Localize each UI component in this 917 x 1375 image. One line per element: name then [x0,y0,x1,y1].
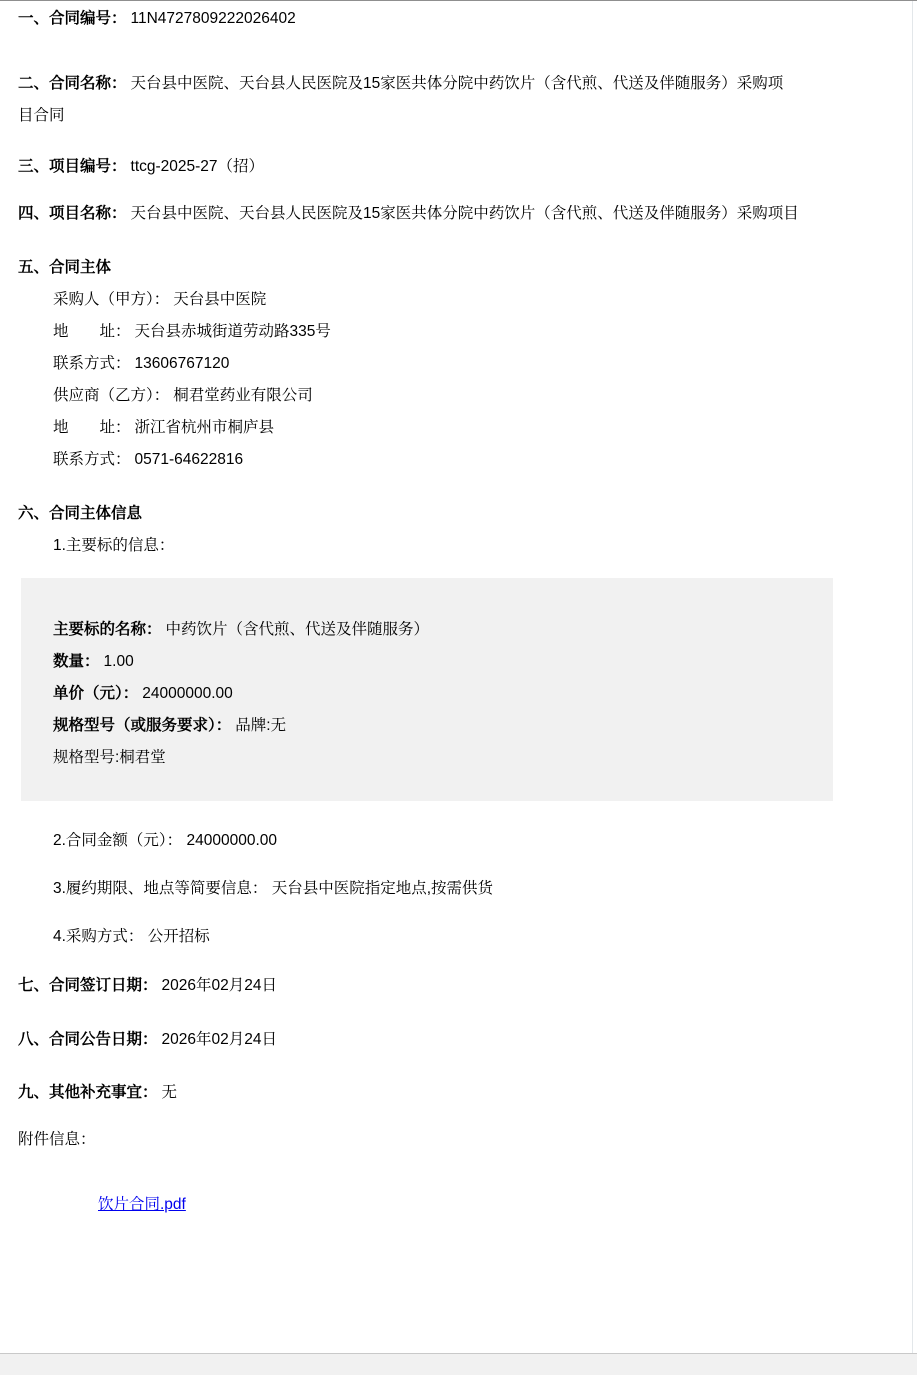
field-other-notes: 九、其他补充事宜：无 [18,1077,872,1109]
box-row-spec: 规格型号（或服务要求）：品牌:无 [53,710,813,742]
party-line-buyer-address: 地 址：天台县赤城街道劳动路335号 [18,316,872,348]
buyer-value: 天台县中医院 [173,291,266,308]
supplier-label: 供应商（乙方）： [53,387,169,404]
section-heading-parties: 五、合同主体 [18,252,872,284]
box-row-subject-name: 主要标的名称：中药饮片（含代煎、代送及伴随服务） [53,614,813,646]
document-body: 一、合同编号：11N4727809222026402 二、合同名称：天台县中医院… [0,1,912,1221]
unit-price-value: 24000000.00 [142,685,233,702]
publish-date-value: 2026年02月24日 [162,1031,277,1048]
buyer-contact-label: 联系方式： [53,355,131,372]
supplier-address-value: 浙江省杭州市桐庐县 [135,419,275,436]
item-contract-amount: 2.合同金额（元）： 24000000.00 [18,825,872,857]
field-sign-date: 七、合同签订日期：2026年02月24日 [18,970,872,1002]
other-notes-value: 无 [162,1084,178,1101]
box-row-spec-model: 规格型号:桐君堂 [53,742,813,774]
sign-date-label: 七、合同签订日期： [18,977,158,994]
contract-number-label: 一、合同编号： [18,10,127,27]
supplier-address-label: 地 址： [53,419,131,436]
unit-price-label: 单价（元）： [53,685,138,702]
item-performance-info: 3.履约期限、地点等简要信息： 天台县中医院指定地点,按需供货 [18,873,872,905]
box-row-unit-price: 单价（元）：24000000.00 [53,678,813,710]
project-number-label: 三、项目编号： [18,158,127,175]
item-procurement-method: 4.采购方式： 公开招标 [18,921,872,953]
spec-label: 规格型号（或服务要求）： [53,717,231,734]
contract-name-value: 天台县中医院、天台县人民医院及15家医共体分院中药饮片（含代煎、代送及伴随服务）… [18,75,783,124]
field-project-name: 四、项目名称：天台县中医院、天台县人民医院及15家医共体分院中药饮片（含代煎、代… [18,198,872,230]
buyer-contact-value: 13606767120 [135,355,230,372]
contract-number-value: 11N4727809222026402 [131,10,296,27]
section-heading-subject-info: 六、合同主体信息 [18,498,872,530]
buyer-address-label: 地 址： [53,323,131,340]
project-name-value: 天台县中医院、天台县人民医院及15家医共体分院中药饮片（含代煎、代送及伴随服务）… [131,205,799,222]
subject-name-value: 中药饮片（含代煎、代送及伴随服务） [166,621,430,638]
quantity-label: 数量： [53,653,100,670]
party-line-supplier: 供应商（乙方）：桐君堂药业有限公司 [18,380,872,412]
field-contract-name: 二、合同名称：天台县中医院、天台县人民医院及15家医共体分院中药饮片（含代煎、代… [18,68,786,132]
project-name-label: 四、项目名称： [18,205,127,222]
box-row-quantity: 数量：1.00 [53,646,813,678]
sign-date-value: 2026年02月24日 [162,977,277,994]
party-line-supplier-contact: 联系方式：0571-64622816 [18,444,872,476]
subject-info-subheading: 1.主要标的信息： [18,530,872,562]
party-line-buyer-contact: 联系方式：13606767120 [18,348,872,380]
contract-announcement-page: 一、合同编号：11N4727809222026402 二、合同名称：天台县中医院… [0,0,917,1375]
field-project-number: 三、项目编号：ttcg-2025-27（招） [18,151,872,183]
buyer-address-value: 天台县赤城街道劳动路335号 [135,323,331,340]
supplier-contact-value: 0571-64622816 [135,451,244,468]
other-notes-label: 九、其他补充事宜： [18,1084,158,1101]
attachment-pdf-link[interactable]: 饮片合同.pdf [98,1196,186,1213]
subject-info-box: 主要标的名称：中药饮片（含代煎、代送及伴随服务） 数量：1.00 单价（元）：2… [21,578,833,801]
supplier-value: 桐君堂药业有限公司 [173,387,313,404]
page-right-border [912,1,913,1353]
page-footer-strip [0,1353,917,1375]
project-number-value: ttcg-2025-27（招） [131,158,265,175]
party-line-supplier-address: 地 址：浙江省杭州市桐庐县 [18,412,872,444]
publish-date-label: 八、合同公告日期： [18,1031,158,1048]
spec-value: 品牌:无 [235,717,286,734]
field-contract-number: 一、合同编号：11N4727809222026402 [18,3,872,35]
quantity-value: 1.00 [104,653,134,670]
buyer-label: 采购人（甲方）： [53,291,169,308]
attachment-row: 饮片合同.pdf [18,1189,872,1221]
contract-name-label: 二、合同名称： [18,75,127,92]
field-publish-date: 八、合同公告日期：2026年02月24日 [18,1024,872,1056]
party-line-buyer: 采购人（甲方）：天台县中医院 [18,284,872,316]
subject-name-label: 主要标的名称： [53,621,162,638]
supplier-contact-label: 联系方式： [53,451,131,468]
attachment-section-label: 附件信息： [18,1124,872,1156]
